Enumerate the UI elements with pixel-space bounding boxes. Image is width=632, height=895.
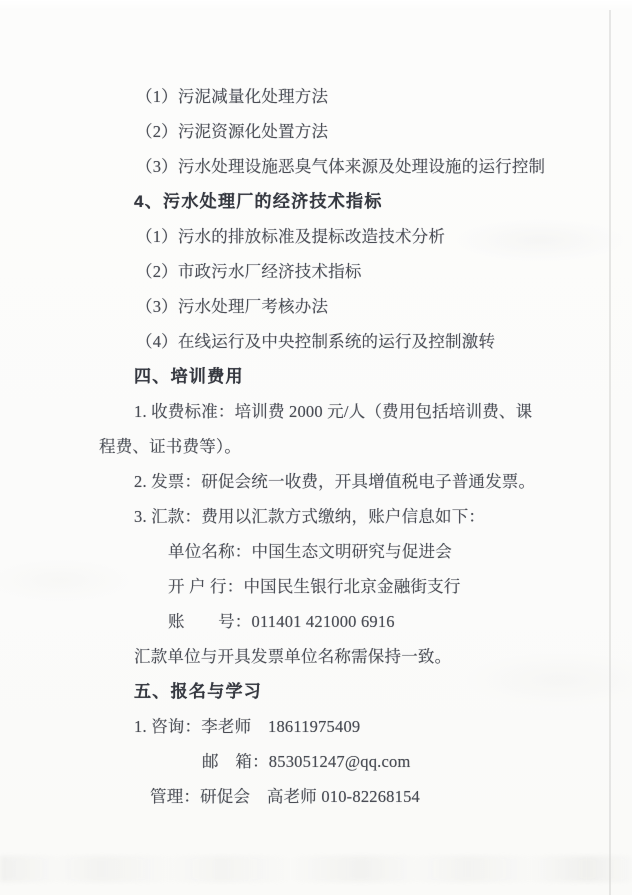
doc-line: 五、报名与学习 bbox=[99, 674, 569, 709]
scan-edge-artifact-line bbox=[609, 10, 611, 895]
doc-line: （1）污泥减量化处理方法 bbox=[99, 79, 569, 114]
doc-line: 管理：研促会 高老师 010-82268154 bbox=[99, 779, 569, 814]
document-body: （1）污泥减量化处理方法（2）污泥资源化处置方法（3）污水处理设施恶臭气体来源及… bbox=[99, 79, 569, 814]
doc-line: 3. 汇款：费用以汇款方式缴纳，账户信息如下： bbox=[99, 499, 569, 534]
doc-line: 邮 箱：853051247@qq.com bbox=[99, 744, 569, 779]
doc-line: 账 号：011401 421000 6916 bbox=[99, 604, 569, 639]
doc-line: 1. 咨询：李老师 18611975409 bbox=[99, 709, 569, 744]
doc-line: 2. 发票：研促会统一收费，开具增值税电子普通发票。 bbox=[99, 464, 569, 499]
doc-line: （2）污泥资源化处置方法 bbox=[99, 114, 569, 149]
doc-line: 4、污水处理厂的经济技术指标 bbox=[99, 184, 569, 219]
doc-line: 开 户 行：中国民生银行北京金融街支行 bbox=[99, 569, 569, 604]
doc-line: （2）市政污水厂经济技术指标 bbox=[99, 254, 569, 289]
doc-line: 1. 收费标准：培训费 2000 元/人（费用包括培训费、课 bbox=[99, 394, 569, 429]
doc-line: 单位名称：中国生态文明研究与促进会 bbox=[99, 534, 569, 569]
doc-line: 汇款单位与开具发票单位名称需保持一致。 bbox=[99, 639, 569, 674]
doc-line: （1）污水的排放标准及提标改造技术分析 bbox=[99, 219, 569, 254]
scanned-document-viewport: （1）污泥减量化处理方法（2）污泥资源化处置方法（3）污水处理设施恶臭气体来源及… bbox=[0, 0, 632, 895]
doc-line: （3）污水处理厂考核办法 bbox=[99, 289, 569, 324]
doc-line: （3）污水处理设施恶臭气体来源及处理设施的运行控制 bbox=[99, 149, 569, 184]
scan-noise-bottom-band bbox=[0, 856, 632, 882]
doc-line: 四、培训费用 bbox=[99, 359, 569, 394]
doc-line: 程费、证书费等）。 bbox=[99, 429, 569, 464]
doc-line: （4）在线运行及中央控制系统的运行及控制激转 bbox=[99, 324, 569, 359]
